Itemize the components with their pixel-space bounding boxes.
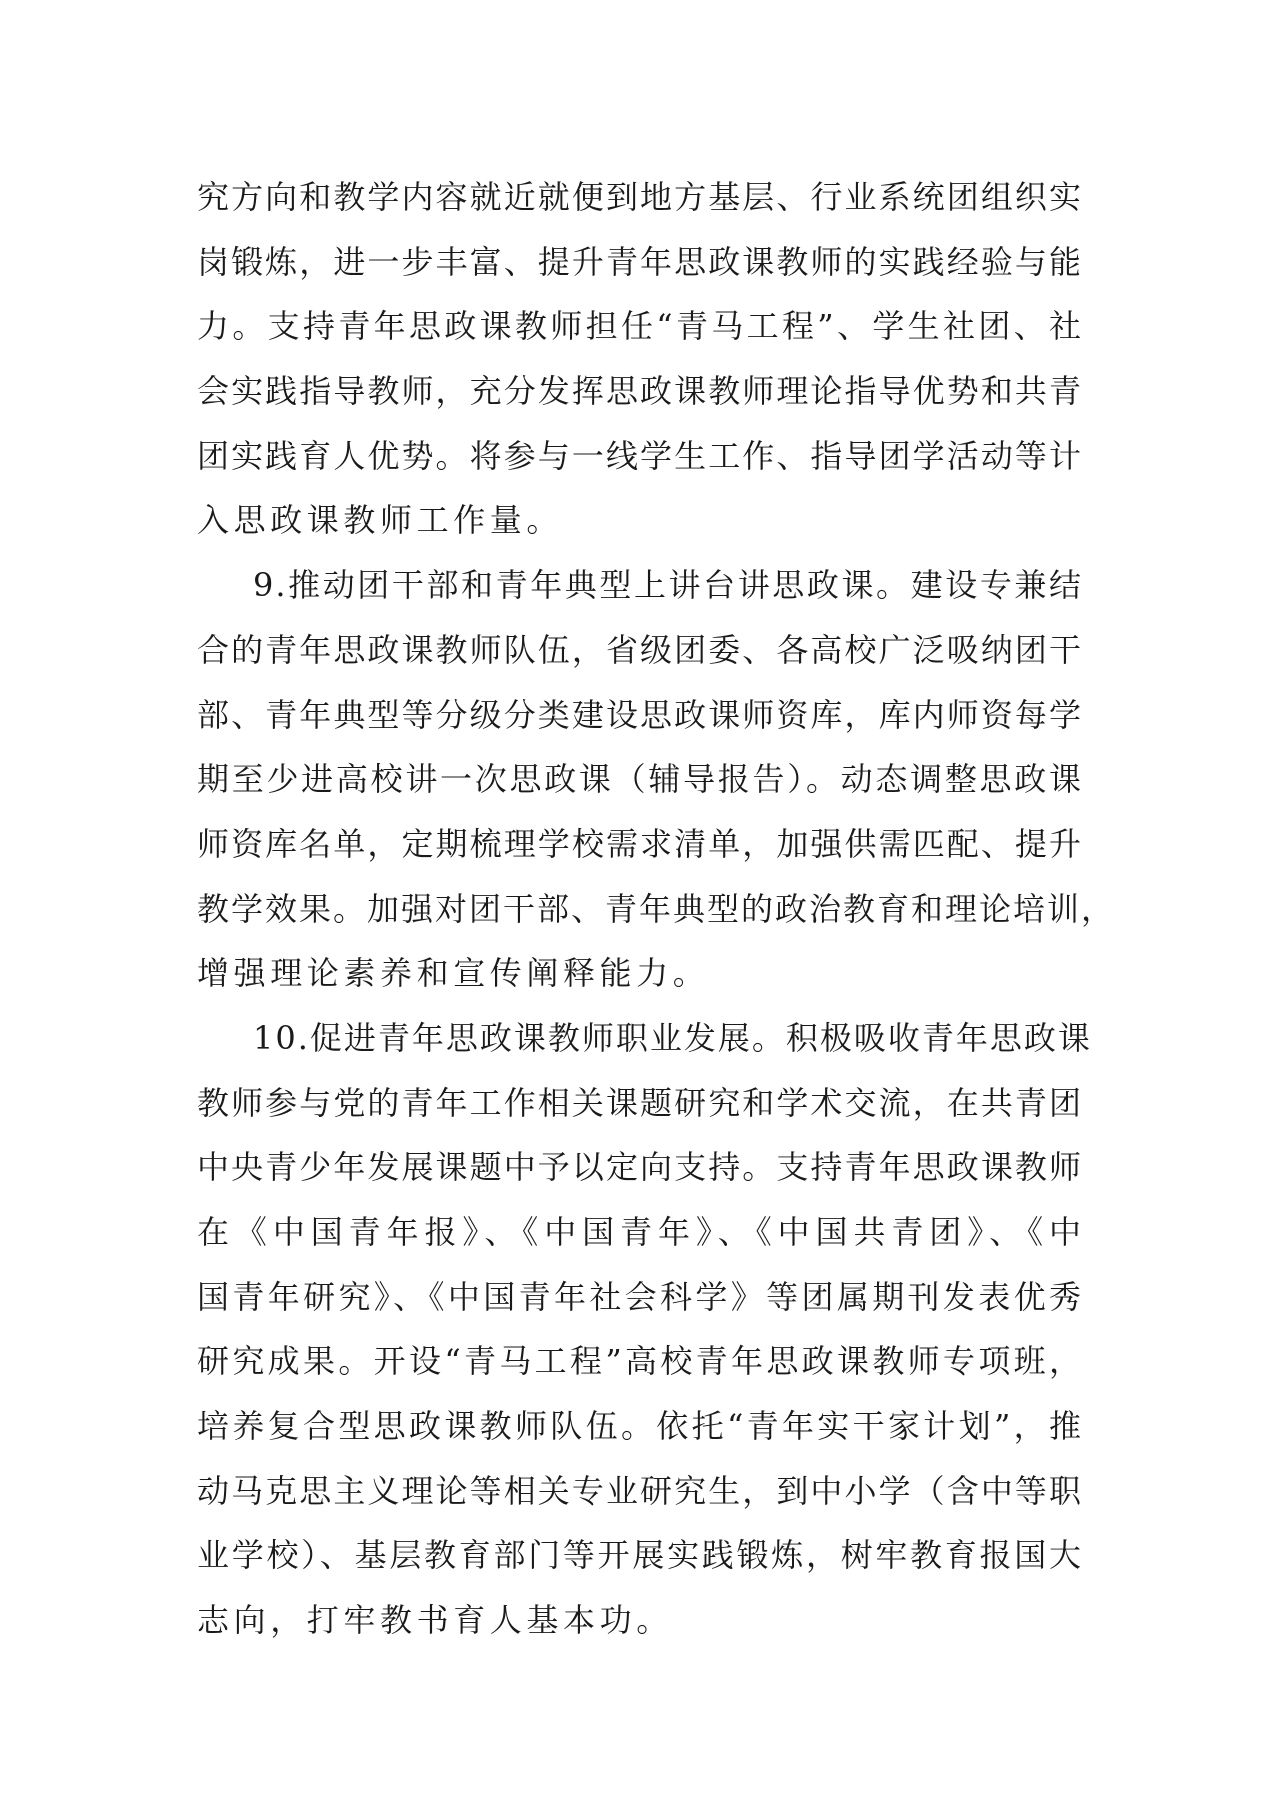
body-text: 究方向和教学内容就近就便到地方基层、行业系统团组织实 岗锻炼，进一步丰富、提升青… — [197, 175, 1083, 1663]
text-line: 培养复合型思政课教师队伍。依托“青年实干家计划”，推 — [197, 1404, 1083, 1469]
item-heading-line: 9.推动团干部和青年典型上讲台讲思政课。建设专兼结 — [197, 563, 1083, 628]
text-line: 动马克思主义理论等相关专业研究生，到中小学（含中等职 — [197, 1469, 1083, 1534]
text-line: 在《中国青年报》、《中国青年》、《中国共青团》、《中 — [197, 1210, 1083, 1275]
paragraph-item-9: 9.推动团干部和青年典型上讲台讲思政课。建设专兼结 合的青年思政课教师队伍，省级… — [197, 563, 1083, 1016]
text-line: 入思政课教师工作量。 — [197, 498, 1083, 563]
text-line: 岗锻炼，进一步丰富、提升青年思政课教师的实践经验与能 — [197, 240, 1083, 305]
text-line: 教师参与党的青年工作相关课题研究和学术交流，在共青团 — [197, 1081, 1083, 1146]
item-heading-line: 10.促进青年思政课教师职业发展。积极吸收青年思政课 — [197, 1016, 1083, 1081]
text-line: 国青年研究》、《中国青年社会科学》等团属期刊发表优秀 — [197, 1275, 1083, 1340]
text-line: 究方向和教学内容就近就便到地方基层、行业系统团组织实 — [197, 175, 1083, 240]
text-line: 志向，打牢教书育人基本功。 — [197, 1598, 1083, 1663]
text-line: 会实践指导教师，充分发挥思政课教师理论指导优势和共青 — [197, 369, 1083, 434]
text-line: 教学效果。加强对团干部、青年典型的政治教育和理论培训， — [197, 887, 1083, 952]
text-line: 师资库名单，定期梳理学校需求清单，加强供需匹配、提升 — [197, 822, 1083, 887]
text-line: 中央青少年发展课题中予以定向支持。支持青年思政课教师 — [197, 1145, 1083, 1210]
paragraph-continuation: 究方向和教学内容就近就便到地方基层、行业系统团组织实 岗锻炼，进一步丰富、提升青… — [197, 175, 1083, 563]
text-line: 业学校）、基层教育部门等开展实践锻炼，树牢教育报国大 — [197, 1533, 1083, 1598]
text-line: 部、青年典型等分级分类建设思政课师资库，库内师资每学 — [197, 693, 1083, 758]
document-page: 究方向和教学内容就近就便到地方基层、行业系统团组织实 岗锻炼，进一步丰富、提升青… — [0, 0, 1279, 1810]
text-line: 期至少进高校讲一次思政课（辅导报告）。动态调整思政课 — [197, 757, 1083, 822]
text-line: 合的青年思政课教师队伍，省级团委、各高校广泛吸纳团干 — [197, 628, 1083, 693]
text-line: 团实践育人优势。将参与一线学生工作、指导团学活动等计 — [197, 434, 1083, 499]
text-line: 增强理论素养和宣传阐释能力。 — [197, 951, 1083, 1016]
text-line: 研究成果。开设“青马工程”高校青年思政课教师专项班， — [197, 1339, 1083, 1404]
text-line: 力。支持青年思政课教师担任“青马工程”、学生社团、社 — [197, 304, 1083, 369]
paragraph-item-10: 10.促进青年思政课教师职业发展。积极吸收青年思政课 教师参与党的青年工作相关课… — [197, 1016, 1083, 1663]
